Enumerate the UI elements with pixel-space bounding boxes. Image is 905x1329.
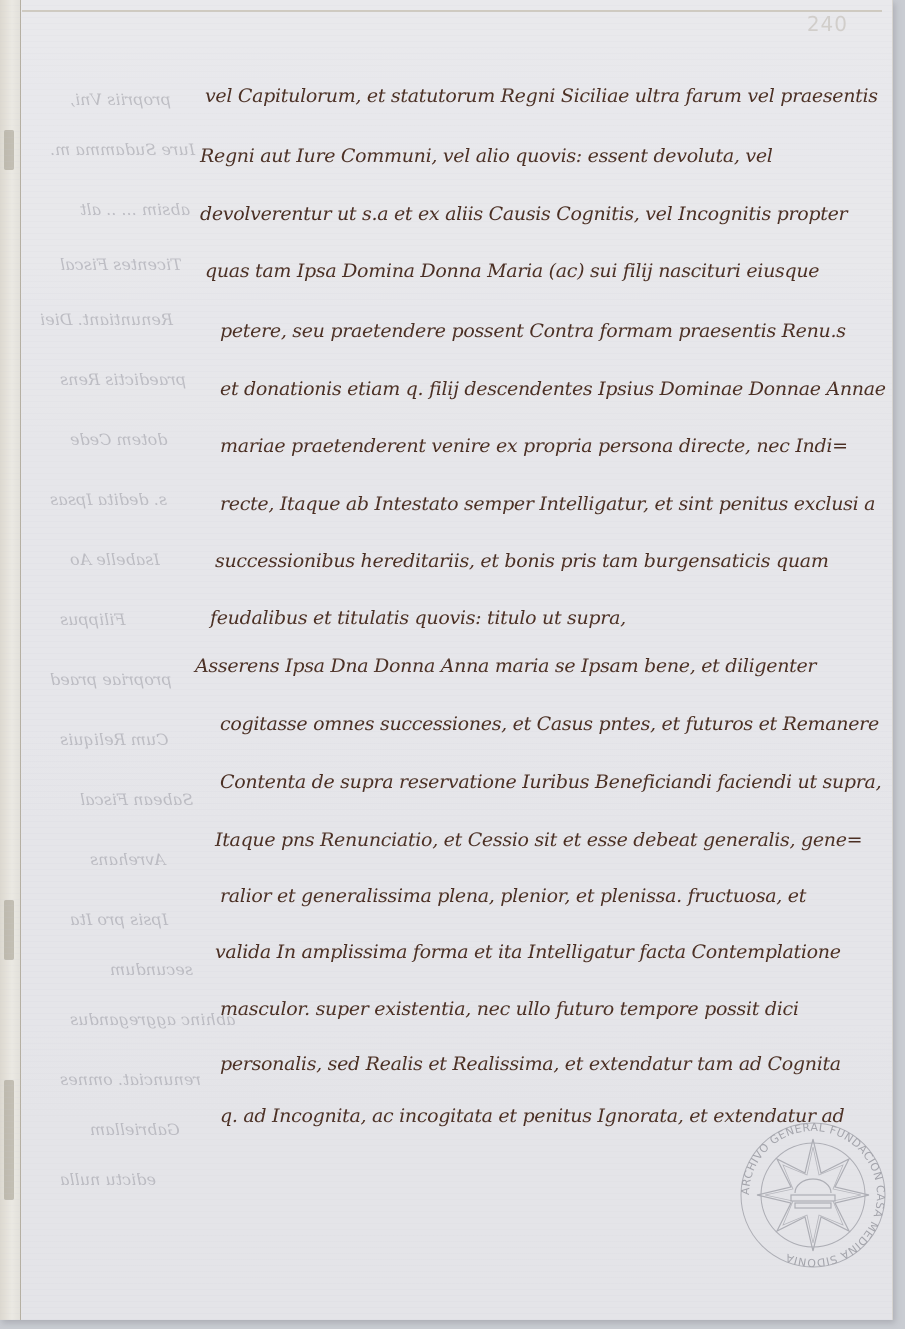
bleed-line: Iure Sudamma m. (50, 140, 195, 159)
text-line: petere, seu praetendere possent Contra f… (220, 320, 846, 342)
text-line: et donationis etiam q. filij descendente… (220, 378, 886, 400)
text-line: ralior et generalissima plena, plenior, … (220, 885, 806, 907)
text-line: recte, Itaque ab Intestato semper Intell… (220, 493, 875, 515)
text-line: devolverentur ut s.a et ex aliis Causis … (200, 203, 847, 225)
text-line: Contenta de supra reservatione Iuribus B… (220, 771, 881, 793)
bleed-line: absim ... .. alt (80, 200, 190, 219)
bleed-line: propriae praed (50, 670, 172, 689)
bleed-line: edictu nulla (60, 1170, 156, 1189)
bleed-line: Sabean Fiscal (80, 790, 193, 809)
gutter-damage (4, 130, 14, 170)
bleed-line: Avrehans (90, 850, 165, 869)
text-line: Asserens Ipsa Dna Donna Anna maria se Ip… (195, 655, 816, 677)
text-line: feudalibus et titulatis quovis: titulo u… (210, 607, 626, 629)
bleed-line: Ticentes Fiscal (60, 255, 182, 274)
bleed-line: Filippus (60, 610, 125, 629)
bleed-line: Isabelle Ao (70, 550, 160, 569)
bleed-line: s. dedita Ipsas (50, 490, 167, 509)
folio-number: 240 (807, 12, 848, 36)
text-line: Itaque pns Renunciatio, et Cessio sit et… (215, 829, 862, 851)
eight-pointed-star-with-cauldron-icon: ARCHIVO GENERAL FUNDACION CASA MEDINA SI… (733, 1115, 893, 1275)
bleed-line: renunciat. omnes (60, 1070, 201, 1089)
archive-stamp: ARCHIVO GENERAL FUNDACION CASA MEDINA SI… (733, 1115, 893, 1275)
text-line: personalis, sed Realis et Realissima, et… (220, 1053, 841, 1075)
bleed-line: praedictis Rens (60, 370, 186, 389)
bleed-line: Ipsis pro Ita (70, 910, 168, 929)
manuscript-page: 240 propriis Vni, Iure Sudamma m. absim … (0, 0, 893, 1320)
text-line: cogitasse omnes successiones, et Casus p… (220, 713, 879, 735)
text-line: valida In amplissima forma et ita Intell… (215, 941, 841, 963)
text-line: successionibus hereditariis, et bonis pr… (215, 550, 829, 572)
text-line: quas tam Ipsa Domina Donna Maria (ac) su… (205, 260, 819, 282)
binding-gutter (0, 0, 21, 1320)
gutter-damage (4, 900, 14, 960)
text-line: Regni aut Iure Communi, vel alio quovis:… (200, 145, 773, 167)
bleed-line: abhinc aggregandus (70, 1010, 236, 1029)
text-line: vel Capitulorum, et statutorum Regni Sic… (205, 85, 878, 107)
bleed-line: Renuntiant. Diei (40, 310, 173, 329)
bleed-line: propriis Vni, (70, 90, 171, 109)
bleed-line: secundum (110, 960, 193, 979)
page-top-edge (22, 10, 882, 12)
bleed-line: Gabriellam (90, 1120, 180, 1139)
text-line: masculor. super existentia, nec ullo fut… (220, 998, 799, 1020)
bleed-line: dotem Cede (70, 430, 167, 449)
text-line: mariae praetenderent venire ex propria p… (220, 435, 848, 457)
gutter-damage (4, 1080, 14, 1200)
bleed-line: Cum Reliquis (60, 730, 168, 749)
